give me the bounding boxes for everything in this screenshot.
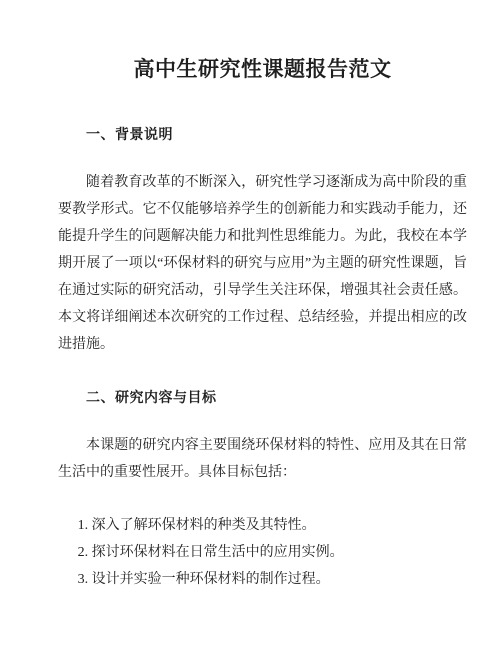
section-heading-content-goals: 二、研究内容与目标	[58, 384, 467, 411]
section-content-goals: 二、研究内容与目标 本课题的研究内容主要围绕环保材料的特性、应用及其在日常生活中…	[58, 384, 467, 593]
paragraph-background: 随着教育改革的不断深入，研究性学习逐渐成为高中阶段的重要教学形式。它不仅能够培养…	[58, 169, 467, 358]
section-heading-background: 一、背景说明	[58, 121, 467, 148]
goal-list: 1. 深入了解环保材料的种类及其特性。 2. 探讨环保材料在日常生活中的应用实例…	[58, 512, 467, 593]
goal-list-item-1: 1. 深入了解环保材料的种类及其特性。	[58, 512, 467, 539]
paragraph-content-goals: 本课题的研究内容主要围绕环保材料的特性、应用及其在日常生活中的重要性展开。具体目…	[58, 432, 467, 486]
section-background: 一、背景说明 随着教育改革的不断深入，研究性学习逐渐成为高中阶段的重要教学形式。…	[58, 121, 467, 358]
goal-list-item-3: 3. 设计并实验一种环保材料的制作过程。	[58, 566, 467, 593]
document-page: 高中生研究性课题报告范文 一、背景说明 随着教育改革的不断深入，研究性学习逐渐成…	[0, 0, 500, 647]
document-title: 高中生研究性课题报告范文	[58, 55, 467, 85]
goal-list-item-2: 2. 探讨环保材料在日常生活中的应用实例。	[58, 539, 467, 566]
